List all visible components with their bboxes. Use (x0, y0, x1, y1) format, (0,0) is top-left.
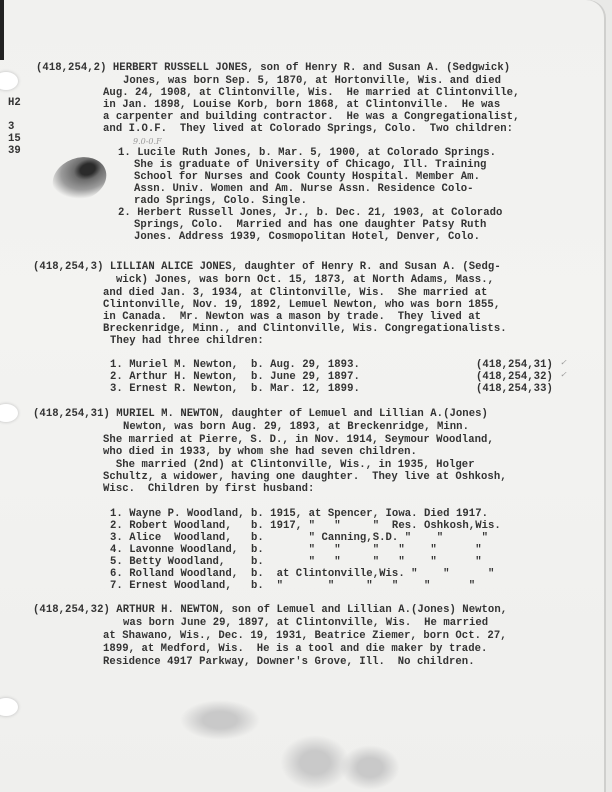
child-ref: (418,254,32) (476, 371, 553, 383)
entry-line: Jones, was born Sep. 5, 1870, at Hortonv… (123, 75, 501, 87)
entry-line: at Shawano, Wis., Dec. 19, 1931, Beatric… (103, 630, 507, 642)
margin-note: H2 (8, 97, 21, 109)
child-line: 5. Betty Woodland, b. " " " " " " (110, 556, 482, 568)
child-line: 1. Wayne P. Woodland, b. 1915, at Spence… (110, 508, 488, 520)
entry-line: Residence 4917 Parkway, Downer's Grove, … (103, 656, 475, 668)
entry-line: She married (2nd) at Clintonville, Wis.,… (103, 459, 475, 471)
paper-blemish (180, 700, 260, 740)
entry-line: 1899, at Medford, Wis. He is a tool and … (103, 643, 487, 655)
child-ref: (418,254,33) (476, 383, 553, 395)
child-line: 2. Herbert Russell Jones, Jr., b. Dec. 2… (118, 207, 502, 219)
entry-line: Clintonville, Nov. 19, 1892, Lemuel Newt… (103, 299, 500, 311)
entry-line: and died Jan. 3, 1934, at Clintonville, … (103, 287, 487, 299)
entry-header: (418,254,2) HERBERT RUSSELL JONES, son o… (36, 62, 510, 74)
margin-note: 3 (8, 121, 14, 133)
child-line: 4. Lavonne Woodland, b. " " " " " " (110, 544, 482, 556)
child-line: 3. Ernest R. Newton, b. Mar. 12, 1899. (110, 383, 360, 395)
paper-blemish (340, 745, 400, 790)
pencil-checkmark: ✓ (560, 370, 567, 379)
pencil-checkmark: ✓ (560, 358, 567, 367)
entry-line: and I.O.F. They lived at Colorado Spring… (103, 123, 513, 135)
pencil-annotation: 9.0-0.F (133, 137, 162, 146)
entry-line: in Canada. Mr. Newton was a mason by tra… (103, 311, 481, 323)
child-line: She is graduate of University of Chicago… (134, 159, 486, 171)
margin-note: 15 (8, 133, 21, 145)
entry-line: Wisc. Children by first husband: (103, 483, 314, 495)
entry-header: (418,254,32) ARTHUR H. NEWTON, son of Le… (33, 604, 507, 616)
entry-line: Newton, was born Aug. 29, 1893, at Breck… (123, 421, 469, 433)
child-line: Jones. Address 1939, Cosmopolitan Hotel,… (134, 231, 480, 243)
entry-line: who died in 1933, by whom she had seven … (103, 446, 417, 458)
entry-line: a carpenter and building contractor. He … (103, 111, 519, 123)
margin-note: 39 (8, 145, 21, 157)
entry-line: in Jan. 1898, Louise Korb, born 1868, at… (103, 99, 500, 111)
entry-header: (418,254,31) MURIEL M. NEWTON, daughter … (33, 408, 488, 420)
entry-line: She married at Pierre, S. D., in Nov. 19… (103, 434, 494, 446)
child-ref: (418,254,31) (476, 359, 553, 371)
child-line: 7. Ernest Woodland, b. " " " " " " (110, 580, 475, 592)
child-line: 2. Arthur H. Newton, b. June 29, 1897. (110, 371, 360, 383)
child-line: 3. Alice Woodland, b. " Canning,S.D. " "… (110, 532, 488, 544)
child-line: Assn. Univ. Women and Am. Nurse Assn. Re… (134, 183, 474, 195)
ink-stain (46, 150, 112, 208)
child-line: rado Springs, Colo. Single. (134, 195, 307, 207)
punch-hole (0, 72, 18, 90)
child-line: Springs, Colo. Married and has one daugh… (134, 219, 486, 231)
child-line: 1. Lucile Ruth Jones, b. Mar. 5, 1900, a… (118, 147, 496, 159)
child-line: 1. Muriel M. Newton, b. Aug. 29, 1893. (110, 359, 360, 371)
entry-line: Breckenridge, Minn., and Clintonville, W… (103, 323, 507, 335)
entry-line: Schultz, a widower, having one daughter.… (103, 471, 507, 483)
entry-line: They had three children: (110, 335, 264, 347)
entry-line: Aug. 24, 1908, at Clintonville, Wis. He … (103, 87, 519, 99)
document-page: H2 3 15 39 9.0-0.F (418,254,2) HERBERT R… (0, 0, 606, 792)
scan-edge (0, 0, 4, 60)
punch-hole (0, 698, 18, 716)
child-line: School for Nurses and Cook County Hospit… (134, 171, 480, 183)
entry-header: (418,254,3) LILLIAN ALICE JONES, daughte… (33, 261, 501, 273)
entry-line: wick) Jones, was born Oct. 15, 1873, at … (116, 274, 494, 286)
child-line: 2. Robert Woodland, b. 1917, " " " Res. … (110, 520, 501, 532)
entry-line: was born June 29, 1897, at Clintonville,… (123, 617, 488, 629)
child-line: 6. Rolland Woodland, b. at Clintonville,… (110, 568, 494, 580)
punch-hole (0, 404, 18, 422)
